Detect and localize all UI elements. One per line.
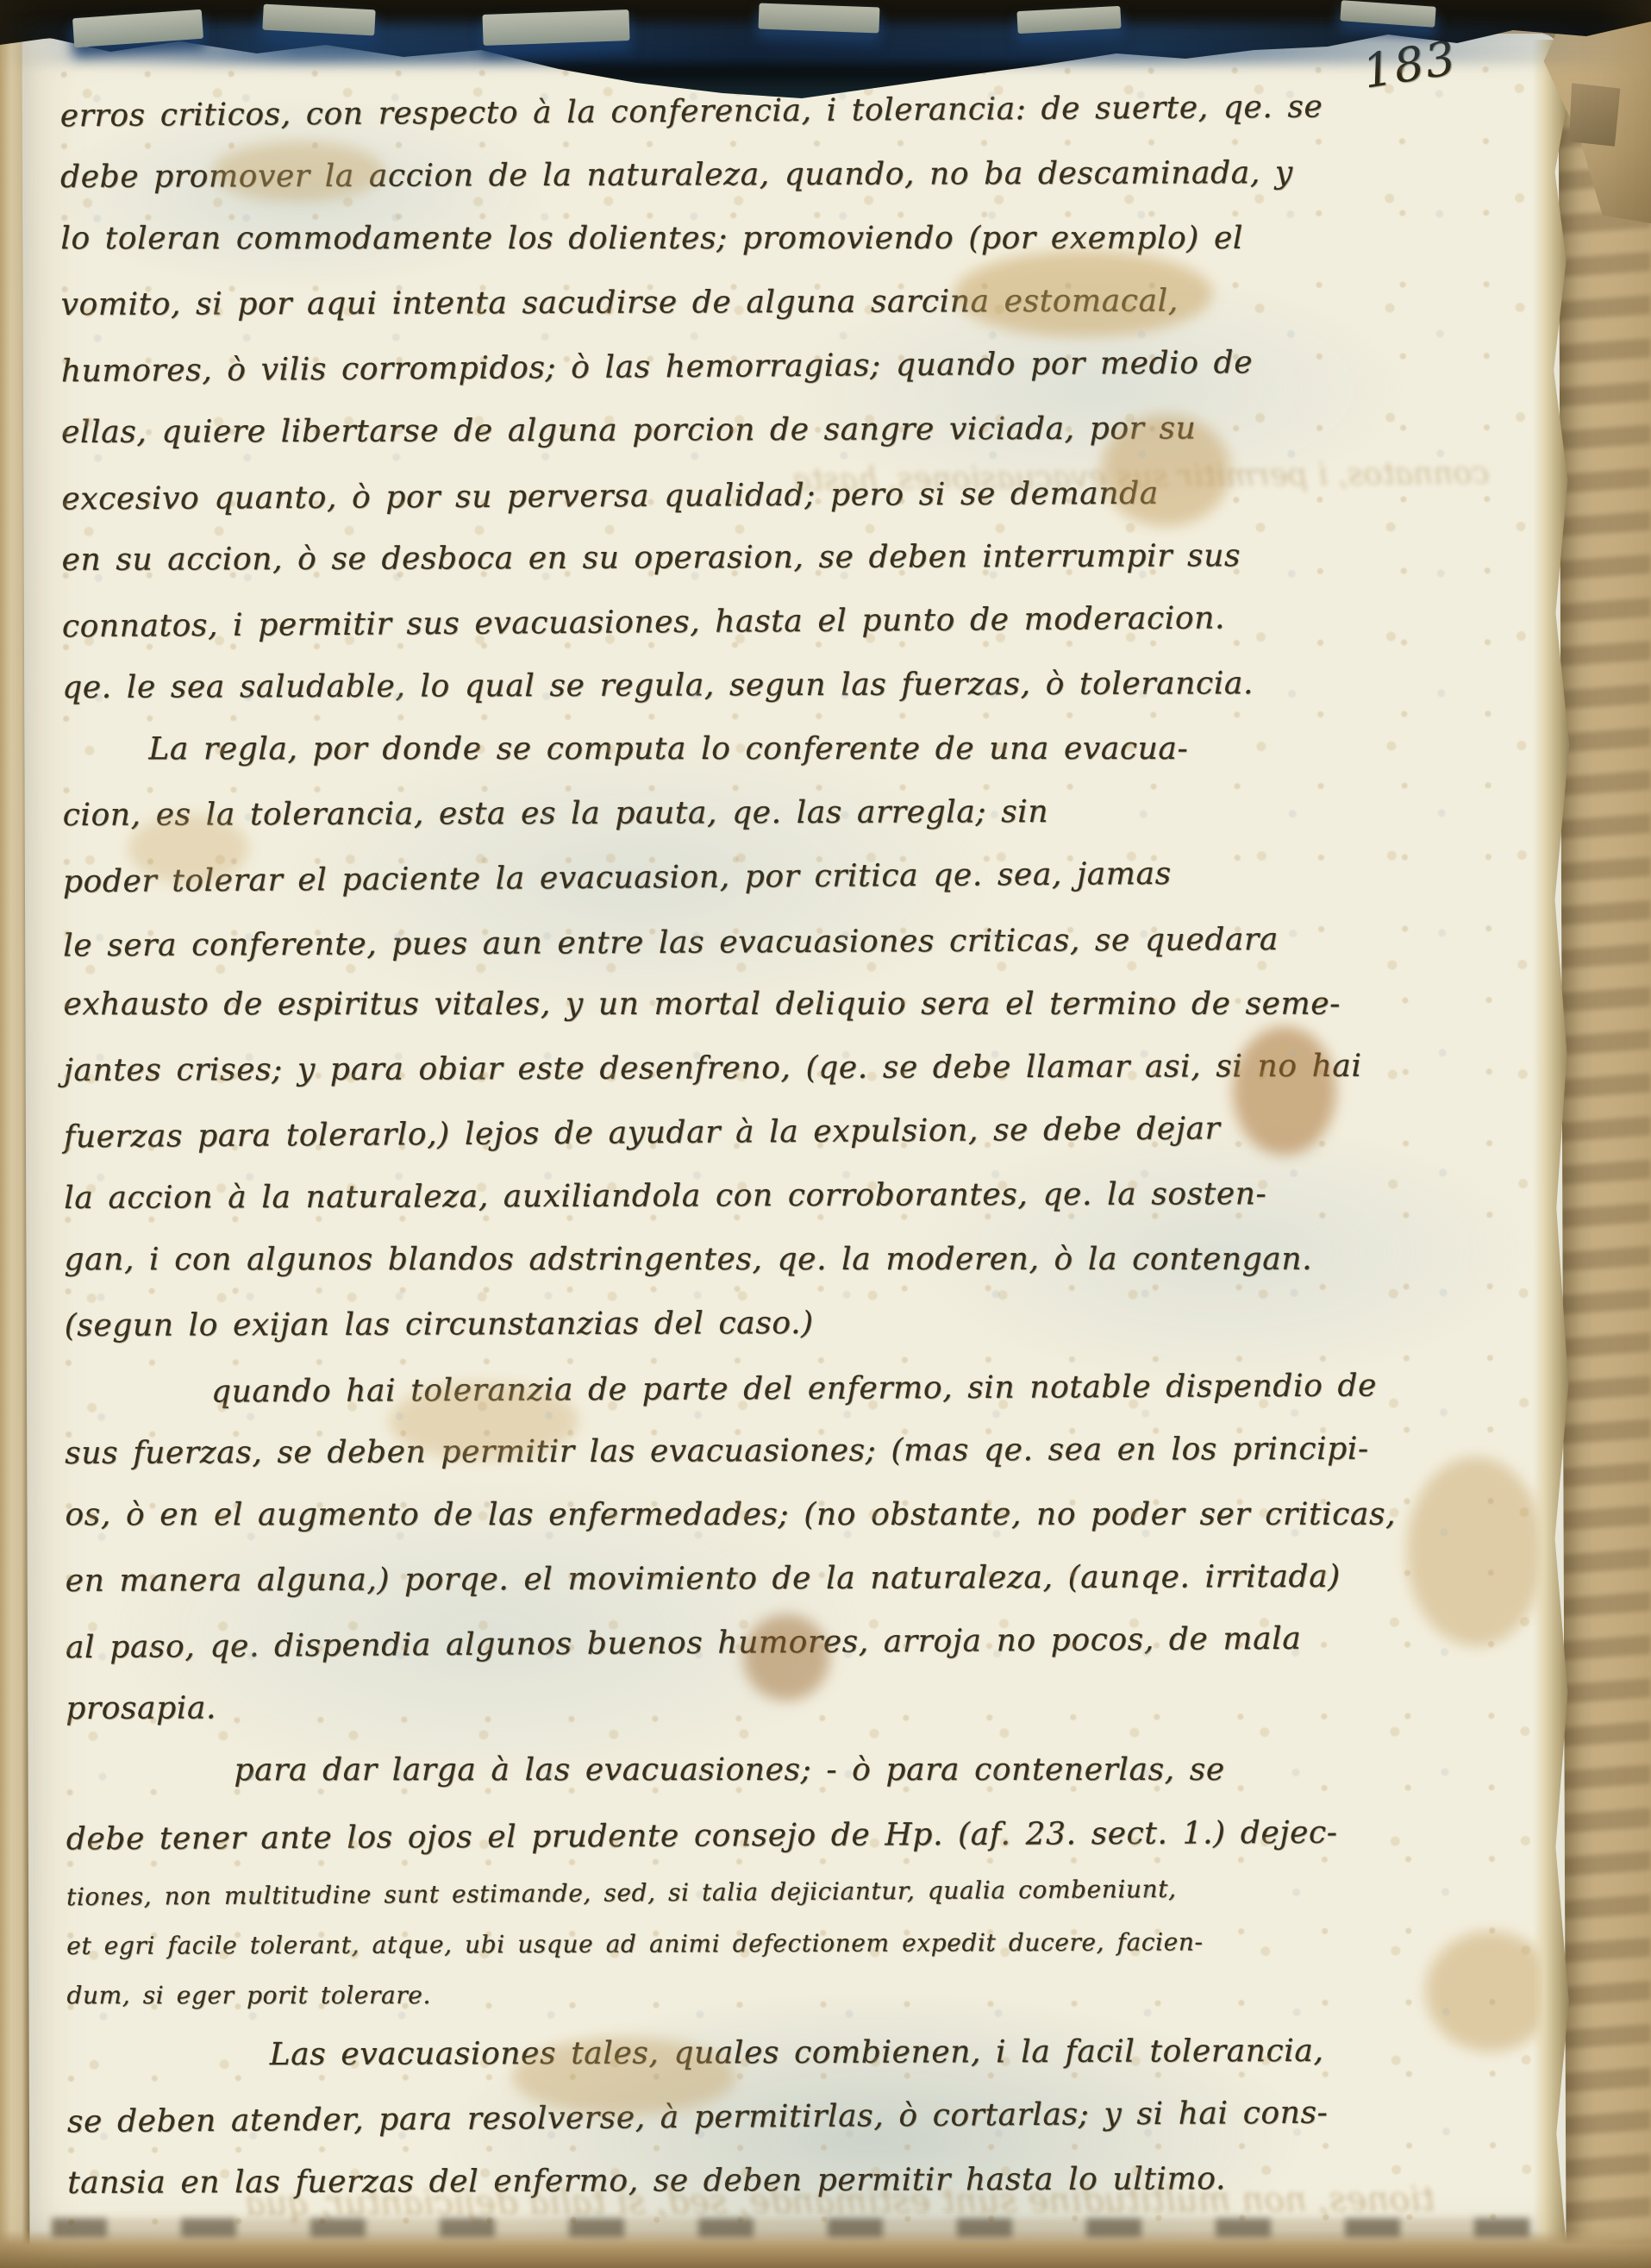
manuscript-line-latin: et egri facile tolerant, atque, ubi usqu…: [66, 1915, 1534, 1972]
manuscript-line: la accion à la naturaleza, auxiliandola …: [64, 1162, 1531, 1231]
manuscript-line: La regla, por donde se computa lo confer…: [62, 717, 1529, 782]
manuscript-line: quando hai toleranzia de parte del enfer…: [65, 1354, 1532, 1425]
manuscript-line: excesivo quanto, ò por su perversa quali…: [61, 460, 1529, 532]
bleedthrough-text: connatos, i permitir sus evacuasiones, h…: [782, 455, 1489, 498]
torn-paper-tab: [482, 9, 629, 46]
manuscript-line: exhausto de espiritus vitales, y un mort…: [63, 973, 1530, 1037]
manuscript-line: debe tener ante los ojos el prudente con…: [66, 1801, 1534, 1872]
manuscript-line: os, ò en el augmento de las enfermedades…: [65, 1483, 1532, 1548]
manuscript-line: (segun lo exijan las circunstanzias del …: [65, 1289, 1532, 1358]
manuscript-line: sus fuerzas, se deben permitir las evacu…: [65, 1417, 1532, 1486]
manuscript-page: 183 erros criticos, con respecto à la co…: [22, 34, 1567, 2253]
manuscript-line: poder tolerar el paciente la evacuasion,…: [63, 840, 1530, 914]
manuscript-line: debe promover la accion de la naturaleza…: [60, 141, 1528, 210]
manuscript-line: lo toleran commodamente los dolientes; p…: [60, 207, 1528, 272]
manuscript-line: cion, es la tolerancia, esta es la pauta…: [63, 779, 1530, 848]
manuscript-line: para dar larga à las evacuasiones; - ò p…: [66, 1739, 1534, 1803]
manuscript-line: humores, ò vilis corrompidos; ò las hemo…: [61, 329, 1529, 404]
stain: [128, 814, 249, 883]
bleedthrough-text: tiones, non multitudine sunt estimande, …: [245, 2179, 1435, 2223]
stain: [512, 2037, 736, 2115]
torn-paper-tab: [759, 3, 880, 34]
manuscript-line-latin: tiones, non multitudine sunt estimande, …: [66, 1861, 1534, 1923]
stain: [743, 1614, 829, 1701]
stain: [1406, 1457, 1545, 1647]
manuscript-text-block: erros criticos, con respecto à la confer…: [60, 77, 1535, 2253]
manuscript-line: tansia en las fuerzas del enfermo, se de…: [67, 2146, 1535, 2215]
manuscript-line: Las evacuasiones tales, quales combienen…: [67, 2019, 1535, 2088]
manuscript-line: fuerzas para tolerarlo,) lejos de ayudar…: [64, 1095, 1531, 1169]
manuscript-line: le sera conferente, pues aun entre las e…: [63, 907, 1530, 979]
manuscript-line: qe. le sea saludable, lo qual se regula,…: [62, 651, 1529, 720]
manuscript-line: vomito, si por aqui intenta sacudirse de…: [60, 268, 1528, 337]
manuscript-line-latin: dum, si eger porit tolerare.: [66, 1970, 1534, 2022]
manuscript-line: en su accion, ò se desboca en su operasi…: [62, 523, 1529, 592]
stain: [954, 250, 1212, 337]
manuscript-line: connatos, i permitir sus evacuasiones, h…: [62, 585, 1529, 659]
bottom-desk-band: [0, 2230, 1651, 2268]
stain: [389, 1382, 578, 1461]
manuscript-line: en manera alguna,) porqe. el movimiento …: [66, 1544, 1533, 1613]
manuscript-line: gan, i con algunos blandos adstringentes…: [64, 1228, 1531, 1293]
stain: [212, 141, 385, 203]
stain: [1233, 1026, 1337, 1156]
manuscript-line: jantes crises; y para obiar este desenfr…: [64, 1034, 1531, 1103]
manuscript-line: al paso, qe. dispendia algunos buenos hu…: [66, 1606, 1533, 1680]
manuscript-line: ellas, quiere libertarse de alguna porci…: [61, 396, 1529, 465]
manuscript-scan: 183 erros criticos, con respecto à la co…: [0, 0, 1651, 2268]
manuscript-line: se deben atender, para resolverse, à per…: [67, 2080, 1535, 2154]
manuscript-line: prosapia.: [66, 1672, 1533, 1741]
stain: [1101, 414, 1230, 527]
